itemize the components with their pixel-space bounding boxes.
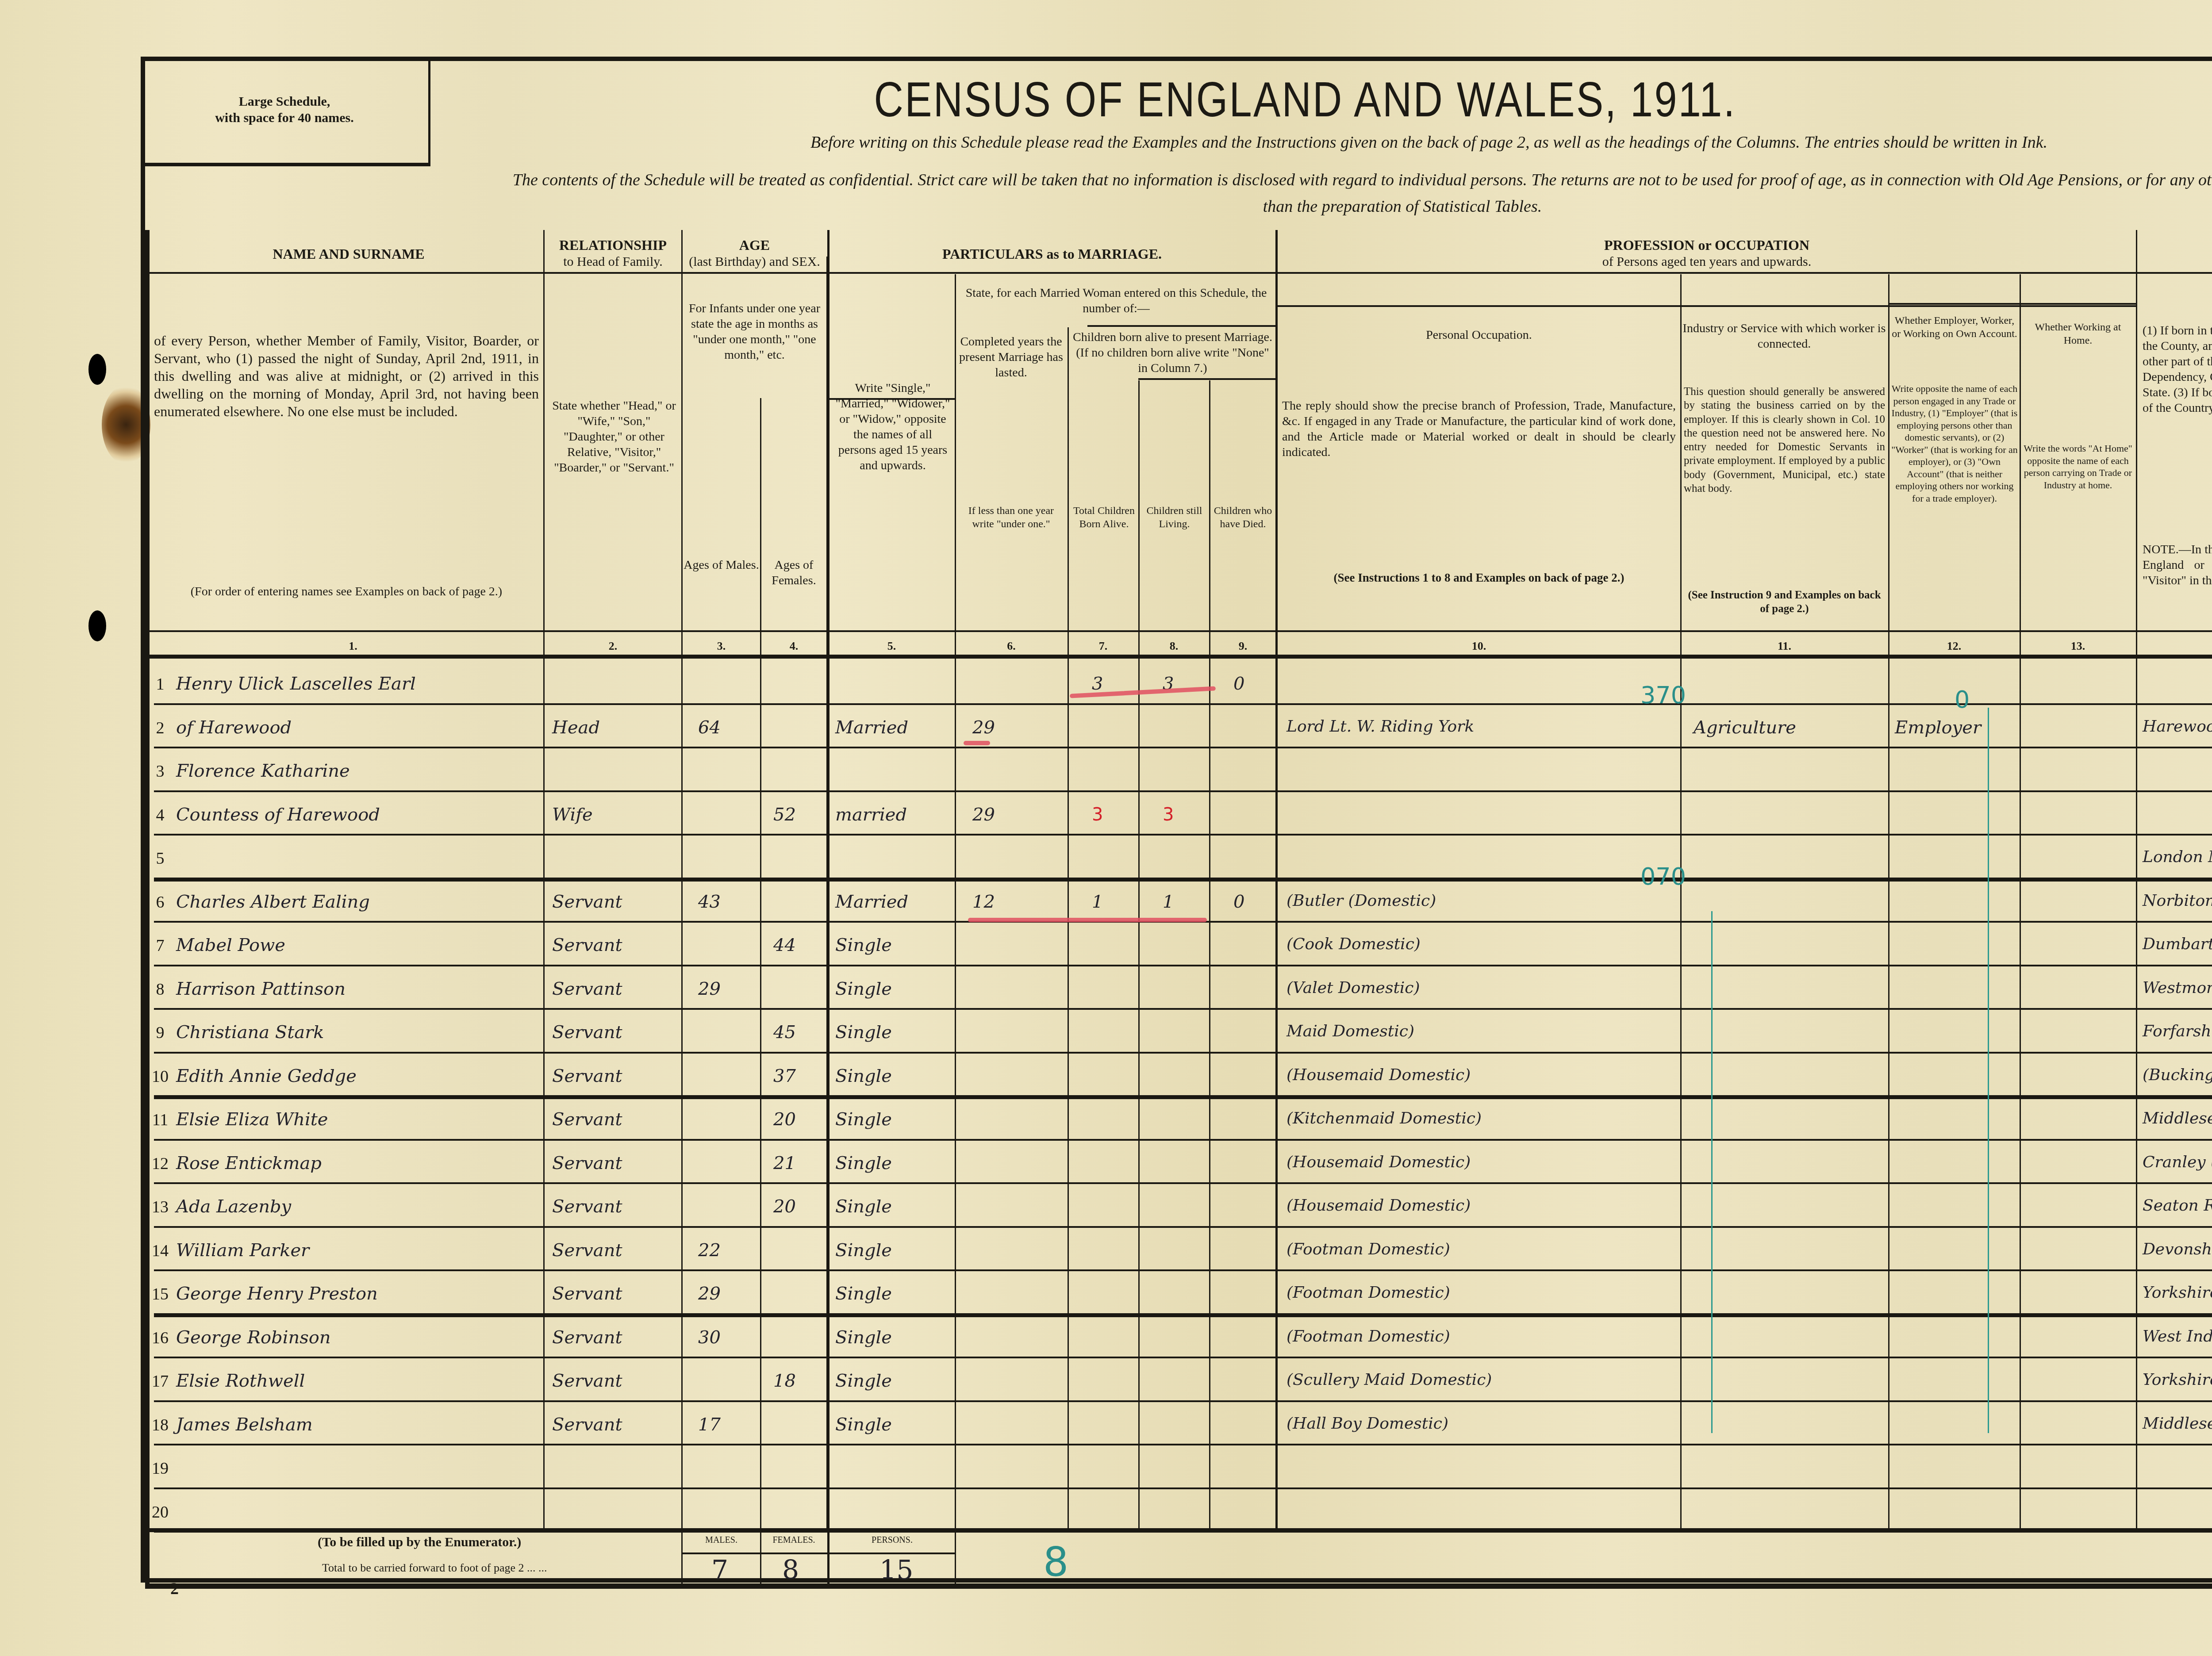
name-cell: Charles Albert Ealing [176, 892, 370, 912]
female-age-cell: 37 [773, 1066, 796, 1086]
male-age-cell: 64 [698, 717, 721, 738]
teal-total-mark: 8 [1043, 1539, 1068, 1586]
occupation-code-mark: 370 [1640, 681, 1686, 709]
row-line [154, 1313, 2212, 1317]
birthplace-cell: Middlesex. Stoke Newington [2143, 1109, 2212, 1127]
header-marriage-years: Completed years the present Marriage has… [957, 334, 1065, 380]
grid-line [1888, 303, 2136, 305]
occupation-cell: (Hall Boy Domestic) [1286, 1414, 1448, 1433]
header-employer-desc: Write opposite the name of each person e… [1890, 383, 2019, 504]
row-number: 15 [151, 1284, 169, 1304]
row-line [154, 1444, 2212, 1445]
row-number: 9 [151, 1023, 169, 1043]
employer-cell: Employer [1895, 717, 1981, 738]
occupation-cell: (Butler (Domestic) [1286, 892, 1436, 910]
row-line [154, 834, 2212, 836]
column-number: 2. [545, 640, 680, 653]
header-industry: Industry or Service with which worker is… [1682, 321, 1886, 352]
row-line [154, 1008, 2212, 1010]
row-line [154, 965, 2212, 966]
header-marriage-write: Write "Single," "Married," "Widower," or… [833, 380, 952, 473]
relationship-cell: Servant [552, 1284, 622, 1304]
relationship-cell: Servant [552, 1414, 622, 1435]
grid-line [1888, 274, 1889, 1530]
grid-line [955, 274, 956, 1530]
header-employer: Whether Employer, Worker, or Working on … [1890, 314, 2019, 341]
header-industry-desc: This question should generally be answer… [1684, 385, 1885, 495]
row-number: 6 [151, 893, 169, 912]
name-cell: Harrison Pattinson [176, 979, 346, 999]
row-number: 3 [151, 762, 169, 781]
female-age-cell: 18 [773, 1371, 796, 1391]
totals-persons-label: PERSONS. [829, 1535, 955, 1546]
occupation-cell: Maid Domestic) [1286, 1022, 1414, 1040]
row-number: 12 [151, 1154, 169, 1173]
name-cell: Countess of Harewood [176, 805, 380, 825]
row-line [154, 878, 2212, 882]
census-table: NAME AND SURNAME of every Person, whethe… [145, 230, 2212, 1588]
column-number: 14. [2137, 640, 2212, 653]
name-cell: Elsie Rothwell [176, 1371, 305, 1391]
female-age-cell: 52 [773, 805, 796, 825]
marital-status-cell: Single [835, 1371, 892, 1391]
row-number: 5 [151, 849, 169, 868]
schedule-size-line2: with space for 40 names. [215, 110, 354, 126]
children-born-cell: 3 [1092, 674, 1103, 694]
years-married-cell: 29 [972, 717, 995, 738]
row-number: 7 [151, 936, 169, 955]
female-age-cell: 44 [773, 935, 796, 955]
row-number: 20 [151, 1503, 169, 1522]
marital-status-cell: Single [835, 1153, 892, 1173]
marital-status-cell: Single [835, 1022, 892, 1043]
row-line [154, 1400, 2212, 1402]
column-number: 5. [829, 640, 955, 653]
male-age-cell: 30 [698, 1327, 721, 1348]
header-still-living: Children still Living. [1140, 504, 1209, 531]
header-industry-note: (See Instruction 9 and Examples on back … [1684, 588, 1885, 616]
marital-status-cell: married [835, 805, 907, 825]
relationship-cell: Servant [552, 892, 622, 912]
name-cell: of Harewood [176, 717, 292, 738]
grid-line [1680, 274, 1682, 1530]
grid-line [1087, 325, 1278, 327]
totals-heading: (To be filled up by the Enumerator.) [318, 1535, 521, 1550]
row-line [154, 1095, 2212, 1099]
birthplace-cell: Yorkshire N K [2143, 1284, 2212, 1302]
row-line [154, 1182, 2212, 1184]
occupation-cell: (Scullery Maid Domestic) [1286, 1371, 1492, 1389]
column-number: 3. [683, 640, 760, 653]
relationship-cell: Servant [552, 1371, 622, 1391]
header-personal-occupation-desc: The reply should show the precise branch… [1282, 398, 1676, 460]
children-died-cell: 0 [1233, 892, 1244, 912]
birthplace-cell: Harewood, Yorkshire [2143, 717, 2212, 736]
row-number: 8 [151, 980, 169, 999]
totals-males-label: MALES. [683, 1535, 760, 1546]
male-age-cell: 22 [698, 1240, 721, 1261]
teal-tick-line [1988, 708, 1989, 1433]
birthplace-cell: West Indies. St Vincent. Kingston [2143, 1327, 2212, 1345]
schedule-size-box: Large Schedule, with space for 40 names. [141, 57, 430, 166]
name-cell: Rose Entickmap [176, 1153, 322, 1173]
occupation-cell: (Footman Domestic) [1286, 1240, 1450, 1258]
instructions-line1: Before writing on this Schedule please r… [434, 133, 2212, 152]
punch-hole [88, 610, 106, 641]
teal-tick-line [1711, 911, 1713, 1433]
birthplace-cell: Yorkshire. York. [2143, 1371, 2212, 1389]
instructions-line3: than the preparation of Statistical Tabl… [146, 197, 2212, 216]
row-line [154, 1226, 2212, 1228]
column-number: 1. [163, 640, 543, 653]
marital-status-cell: Married [835, 717, 908, 738]
row-number: 18 [151, 1415, 169, 1435]
birthplace-cell: Dumbarton. Alexandria [2143, 935, 2212, 953]
header-home: Whether Working at Home. [2021, 321, 2135, 347]
name-cell: Henry Ulick Lascelles Earl [176, 674, 416, 694]
industry-cell: Agriculture [1694, 717, 1796, 738]
row-line [154, 1052, 2212, 1054]
red-strikethrough [964, 741, 990, 745]
marital-status-cell: Single [835, 1284, 892, 1304]
birthplace-cell: Cranley (Surrey) [2143, 1153, 2212, 1171]
instructions-line2: The contents of the Schedule will be tre… [146, 170, 2212, 190]
relationship-cell: Head [552, 717, 600, 738]
header-age: AGE(last Birthday) and SEX. [683, 237, 826, 270]
occupation-cell: (Kitchenmaid Domestic) [1286, 1109, 1482, 1127]
row-line [154, 1357, 2212, 1358]
row-number: 2 [151, 718, 169, 738]
totals-persons-value: 15 [879, 1555, 913, 1586]
header-age-males: Ages of Males. [683, 557, 760, 573]
male-age-cell: 17 [698, 1414, 721, 1435]
relationship-cell: Servant [552, 935, 622, 955]
census-schedule-page: 1 2 Large Schedule, with space for 40 na… [0, 0, 2212, 1656]
male-age-cell: 43 [698, 892, 721, 912]
relationship-cell: Servant [552, 1153, 622, 1173]
grid-line [145, 1528, 2212, 1532]
column-number: 12. [1889, 640, 2019, 653]
column-number: 7. [1069, 640, 1137, 653]
header-marriage-years-note: If less than one year write "under one." [957, 504, 1065, 531]
row-number: 17 [151, 1372, 169, 1391]
row-number: 13 [151, 1197, 169, 1217]
header-personal-occupation: Personal Occupation. [1282, 327, 1676, 343]
name-cell: Elsie Eliza White [176, 1109, 328, 1130]
schedule-size-line1: Large Schedule, [239, 93, 330, 110]
marital-status-cell: Married [835, 892, 908, 912]
occupation-cell: (Housemaid Domestic) [1286, 1066, 1471, 1084]
row-line [154, 1139, 2212, 1141]
female-age-cell: 45 [773, 1022, 796, 1043]
name-cell: George Robinson [176, 1327, 331, 1348]
birthplace-cell: Forfarshire [2143, 1022, 2212, 1040]
header-name: NAME AND SURNAME [154, 245, 543, 263]
marital-status-cell: Single [835, 1327, 892, 1348]
grid-line [145, 630, 2212, 632]
birthplace-cell: Norbiton (Surrey) [2143, 892, 2212, 910]
relationship-cell: Servant [552, 1196, 622, 1217]
row-number: 4 [151, 805, 169, 825]
column-number: 13. [2021, 640, 2135, 653]
row-number: 19 [151, 1459, 169, 1478]
column-number: 4. [761, 640, 826, 653]
page-title: CENSUS OF ENGLAND AND WALES, 1911. [634, 71, 1976, 128]
marital-status-cell: Single [835, 935, 892, 955]
row-number: 14 [151, 1241, 169, 1261]
grid-line [145, 272, 2212, 274]
name-cell: William Parker [176, 1240, 309, 1261]
relationship-cell: Servant [552, 1240, 622, 1261]
header-age-desc: For Infants under one year state the age… [685, 301, 824, 363]
female-age-cell: 21 [773, 1153, 796, 1173]
name-cell: Mabel Powe [176, 935, 285, 955]
column-number: 9. [1210, 640, 1275, 653]
header-home-desc: Write the words "At Home" opposite the n… [2021, 442, 2135, 491]
row-line [154, 790, 2212, 792]
grid-line [955, 1533, 956, 1588]
grid-line [1278, 305, 2136, 307]
marital-status-cell: Single [835, 1066, 892, 1086]
relationship-cell: Servant [552, 979, 622, 999]
female-age-cell: 20 [773, 1196, 796, 1217]
birthplace-cell: Middlesex Brentford [2143, 1414, 2212, 1433]
row-line [154, 1269, 2212, 1271]
grid-line [145, 1583, 2212, 1589]
occupation-cell: (Footman Domestic) [1286, 1284, 1450, 1302]
row-line [154, 747, 2212, 748]
marital-status-cell: Single [835, 1196, 892, 1217]
punch-hole [88, 354, 106, 385]
name-cell: Christiana Stark [176, 1022, 324, 1043]
years-married-cell: 29 [972, 805, 995, 825]
header-relationship-desc: State whether "Head," or "Wife," "Son," … [548, 398, 680, 475]
header-birthplace-note: NOTE.—In the case of persons born elsewh… [2143, 542, 2212, 588]
header-marriage: PARTICULARS as to MARRIAGE. [831, 245, 1273, 263]
children-born-cell: 1 [1092, 892, 1103, 912]
occupation-code-mark: 070 [1640, 862, 1686, 890]
name-cell: Florence Katharine [176, 761, 350, 781]
grid-line [681, 1552, 956, 1554]
header-died: Children who have Died. [1210, 504, 1275, 531]
occupation-cell: (Valet Domestic) [1286, 979, 1420, 997]
header-total-born: Total Children Born Alive. [1070, 504, 1138, 531]
totals-females-value: 8 [782, 1555, 799, 1586]
row-number: 1 [151, 675, 169, 694]
children-died-cell: 0 [1233, 674, 1244, 694]
occupation-cell: (Cook Domestic) [1286, 935, 1421, 953]
employer-mark: 0 [1955, 686, 1970, 713]
birthplace-cell: Westmorland. Patterdale [2143, 979, 2212, 997]
grid-line [1138, 378, 1278, 380]
female-age-cell: 20 [773, 1109, 796, 1130]
column-number: 8. [1140, 640, 1208, 653]
column-number: 6. [956, 640, 1067, 653]
header-name-desc: of every Person, whether Member of Famil… [154, 332, 539, 420]
header-occupation: PROFESSION or OCCUPATIONof Persons aged … [1278, 237, 2136, 270]
name-cell: James Belsham [176, 1414, 313, 1435]
header-marriage-state: State, for each Married Woman entered on… [959, 285, 1273, 316]
row-number: 10 [151, 1067, 169, 1086]
totals-females-label: FEMALES. [761, 1535, 826, 1546]
row-line [154, 1487, 2212, 1489]
occupation-cell: (Housemaid Domestic) [1286, 1153, 1471, 1171]
totals-label: Total to be carried forward to foot of p… [322, 1561, 547, 1575]
occupation-cell: Lord Lt. W. Riding York [1286, 717, 1474, 736]
header-age-females: Ages of Females. [761, 557, 826, 588]
male-age-cell: 29 [698, 1284, 721, 1304]
row-number: 11 [151, 1110, 169, 1130]
years-married-cell: 12 [972, 892, 995, 912]
relationship-cell: Servant [552, 1022, 622, 1043]
name-cell: George Henry Preston [176, 1284, 378, 1304]
occupation-cell: (Footman Domestic) [1286, 1327, 1450, 1345]
header-relationship: RELATIONSHIPto Head of Family. [545, 237, 680, 270]
header-name-note: (For order of entering names see Example… [154, 584, 539, 599]
header-marriage-children: Children born alive to present Marriage.… [1070, 330, 1275, 376]
occupation-cell: (Housemaid Domestic) [1286, 1196, 1471, 1215]
birthplace-cell: Devonshire N.K [2143, 1240, 2212, 1258]
row-number: 16 [151, 1328, 169, 1348]
marital-status-cell: Single [835, 979, 892, 999]
birthplace-cell: Seaton Ross. (Yorkshire) [2143, 1196, 2212, 1215]
column-number: 10. [1278, 640, 1680, 653]
row-line [154, 703, 2212, 705]
relationship-cell: Servant [552, 1327, 622, 1348]
column-number: 11. [1682, 640, 1887, 653]
children-born-cell: 3 [1092, 805, 1103, 825]
birthplace-cell: (Buckinghamshire). Stoke Poges. Slough [2143, 1066, 2212, 1084]
header-birthplace: BIRTHPLACEof every Person. [2138, 243, 2212, 276]
marital-status-cell: Single [835, 1414, 892, 1435]
name-cell: Ada Lazenby [176, 1196, 291, 1217]
relationship-cell: Servant [552, 1109, 622, 1130]
birthplace-cell: London Middlesex [2143, 848, 2212, 866]
relationship-cell: Wife [552, 805, 593, 825]
children-living-cell: 1 [1163, 892, 1174, 912]
marital-status-cell: Single [835, 1109, 892, 1130]
name-cell: Edith Annie Geddge [176, 1066, 357, 1086]
header-personal-occupation-note: (See Instructions 1 to 8 and Examples on… [1282, 571, 1676, 586]
relationship-cell: Servant [552, 1066, 622, 1086]
totals-males-value: 7 [711, 1555, 728, 1586]
male-age-cell: 29 [698, 979, 721, 999]
grid-line [145, 230, 150, 1588]
red-strikethrough [968, 918, 1207, 922]
children-living-cell: 3 [1163, 805, 1174, 825]
marital-status-cell: Single [835, 1240, 892, 1261]
grid-line [1068, 327, 1069, 1530]
grid-line [145, 655, 2212, 659]
header-birthplace-desc: (1) If born in the United Kingdom, write… [2143, 323, 2212, 416]
